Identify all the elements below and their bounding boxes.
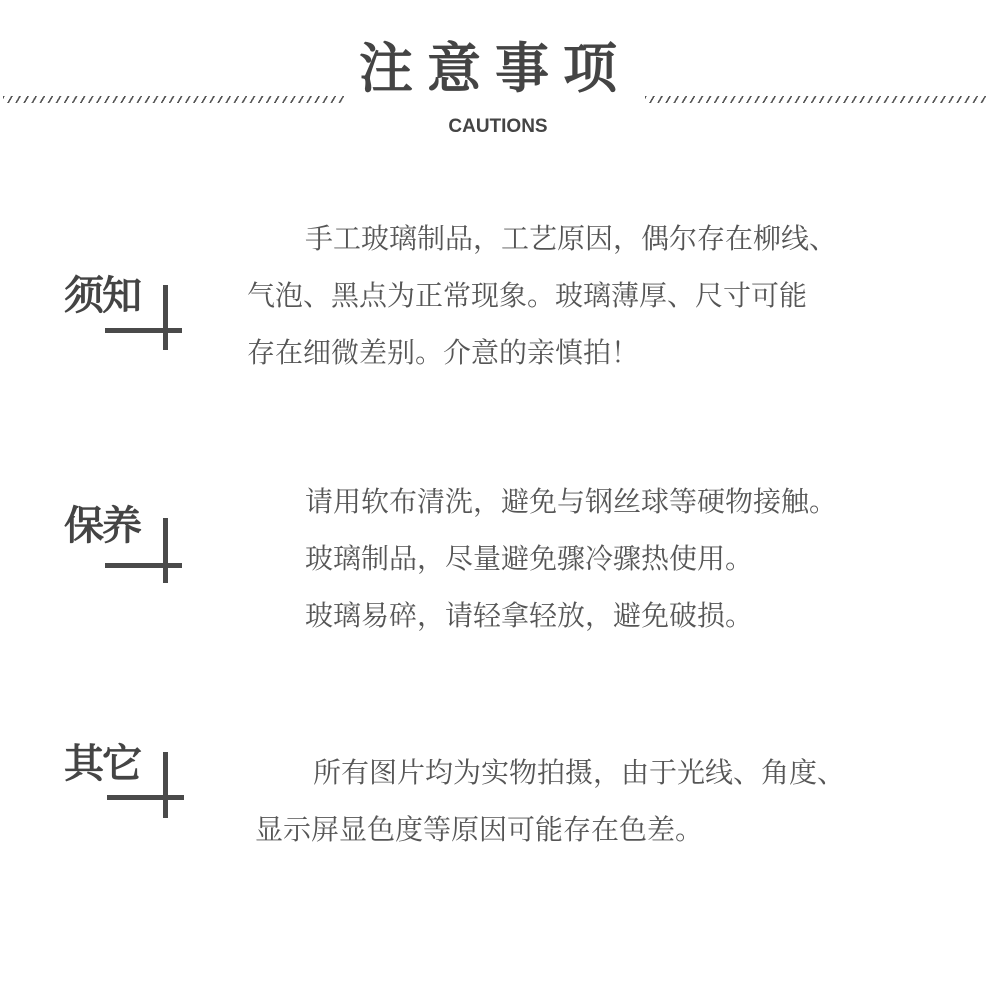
section-label: 保养 — [64, 502, 140, 550]
section-text-line: 所有图片均为实物拍摄，由于光线、角度、 — [313, 744, 845, 801]
section-label: 其它 — [64, 740, 140, 788]
page-title: 注意事项 — [0, 36, 990, 102]
section-text-line: 手工玻璃制品，工艺原因，偶尔存在柳线、 — [305, 210, 837, 267]
hatch-divider-right — [645, 96, 987, 103]
page-subtitle: CAUTIONS — [0, 116, 990, 138]
cross-mark-vertical — [163, 285, 168, 350]
cross-mark-horizontal — [105, 563, 182, 568]
cross-mark-horizontal — [105, 328, 182, 333]
cross-mark-horizontal — [107, 795, 184, 800]
section-text-line: 显示屏显色度等原因可能存在色差。 — [255, 801, 703, 858]
section-text-line: 请用软布清洗，避免与钢丝球等硬物接触。 — [305, 473, 837, 530]
cross-mark-vertical — [163, 752, 168, 818]
section-text-line: 玻璃易碎，请轻拿轻放，避免破损。 — [305, 587, 753, 644]
section-text-line: 存在细微差别。介意的亲慎拍！ — [247, 324, 639, 381]
section-label: 须知 — [64, 272, 140, 320]
cross-mark-vertical — [163, 518, 168, 583]
section-text-line: 玻璃制品，尽量避免骤冷骤热使用。 — [305, 530, 753, 587]
section-text-line: 气泡、黑点为正常现象。玻璃薄厚、尺寸可能 — [247, 267, 807, 324]
